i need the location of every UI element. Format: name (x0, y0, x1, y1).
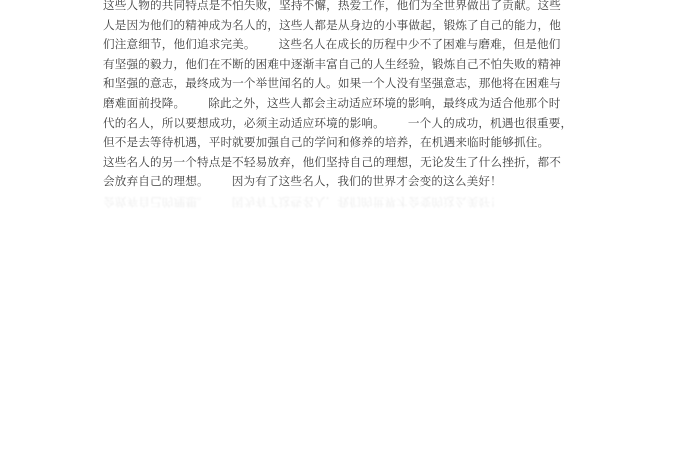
essay-line-6: 磨难面前投降。 除此之外，这些人都会主动适应环境的影响，最终成为适合他那个时 (103, 94, 595, 114)
reflection-line: 会放弃自己的理想。 因为有了这些名人，我们的世界才会变的这么美好！ (103, 197, 595, 211)
essay-line-7: 代的名人，所以要想成功，必须主动适应环境的影响。 一个人的成功，机遇也很重要， (103, 114, 595, 134)
essay-line-4: 有坚强的毅力，他们在不断的困难中逐渐丰富自己的人生经验，锻炼自己不怕失败的精神 (103, 55, 595, 75)
essay-line-2: 人是因为他们的精神成为名人的，这些人都是从身边的小事做起，锻炼了自己的能力，他 (103, 16, 595, 36)
essay-line-8: 但不是去等待机遇，平时就要加强自己的学问和修养的培养，在机遇来临时能够抓住。 (103, 133, 595, 153)
essay-line-10: 会放弃自己的理想。 因为有了这些名人，我们的世界才会变的这么美好！ (103, 172, 595, 192)
essay-line-5: 和坚强的意志，最终成为一个举世闻名的人。如果一个人没有坚强意志，那他将在困难与 (103, 74, 595, 94)
text-reflection: 会放弃自己的理想。 因为有了这些名人，我们的世界才会变的这么美好！ (103, 197, 595, 211)
essay-line-9: 这些名人的另一个特点是不轻易放弃，他们坚持自己的理想，无论发生了什么挫折，都不 (103, 153, 595, 173)
essay-body: 这些人物的共同特点是不怕失败，坚持不懈，热爱工作，他们为全世界做出了贡献。这些 … (103, 0, 595, 192)
essay-line-3: 们注意细节，他们追求完美。 这些名人在成长的历程中少不了困难与磨难，但是他们 (103, 35, 595, 55)
essay-line-1: 这些人物的共同特点是不怕失败，坚持不懈，热爱工作，他们为全世界做出了贡献。这些 (103, 0, 595, 16)
document-page: 这些人物的共同特点是不怕失败，坚持不懈，热爱工作，他们为全世界做出了贡献。这些 … (0, 0, 700, 470)
